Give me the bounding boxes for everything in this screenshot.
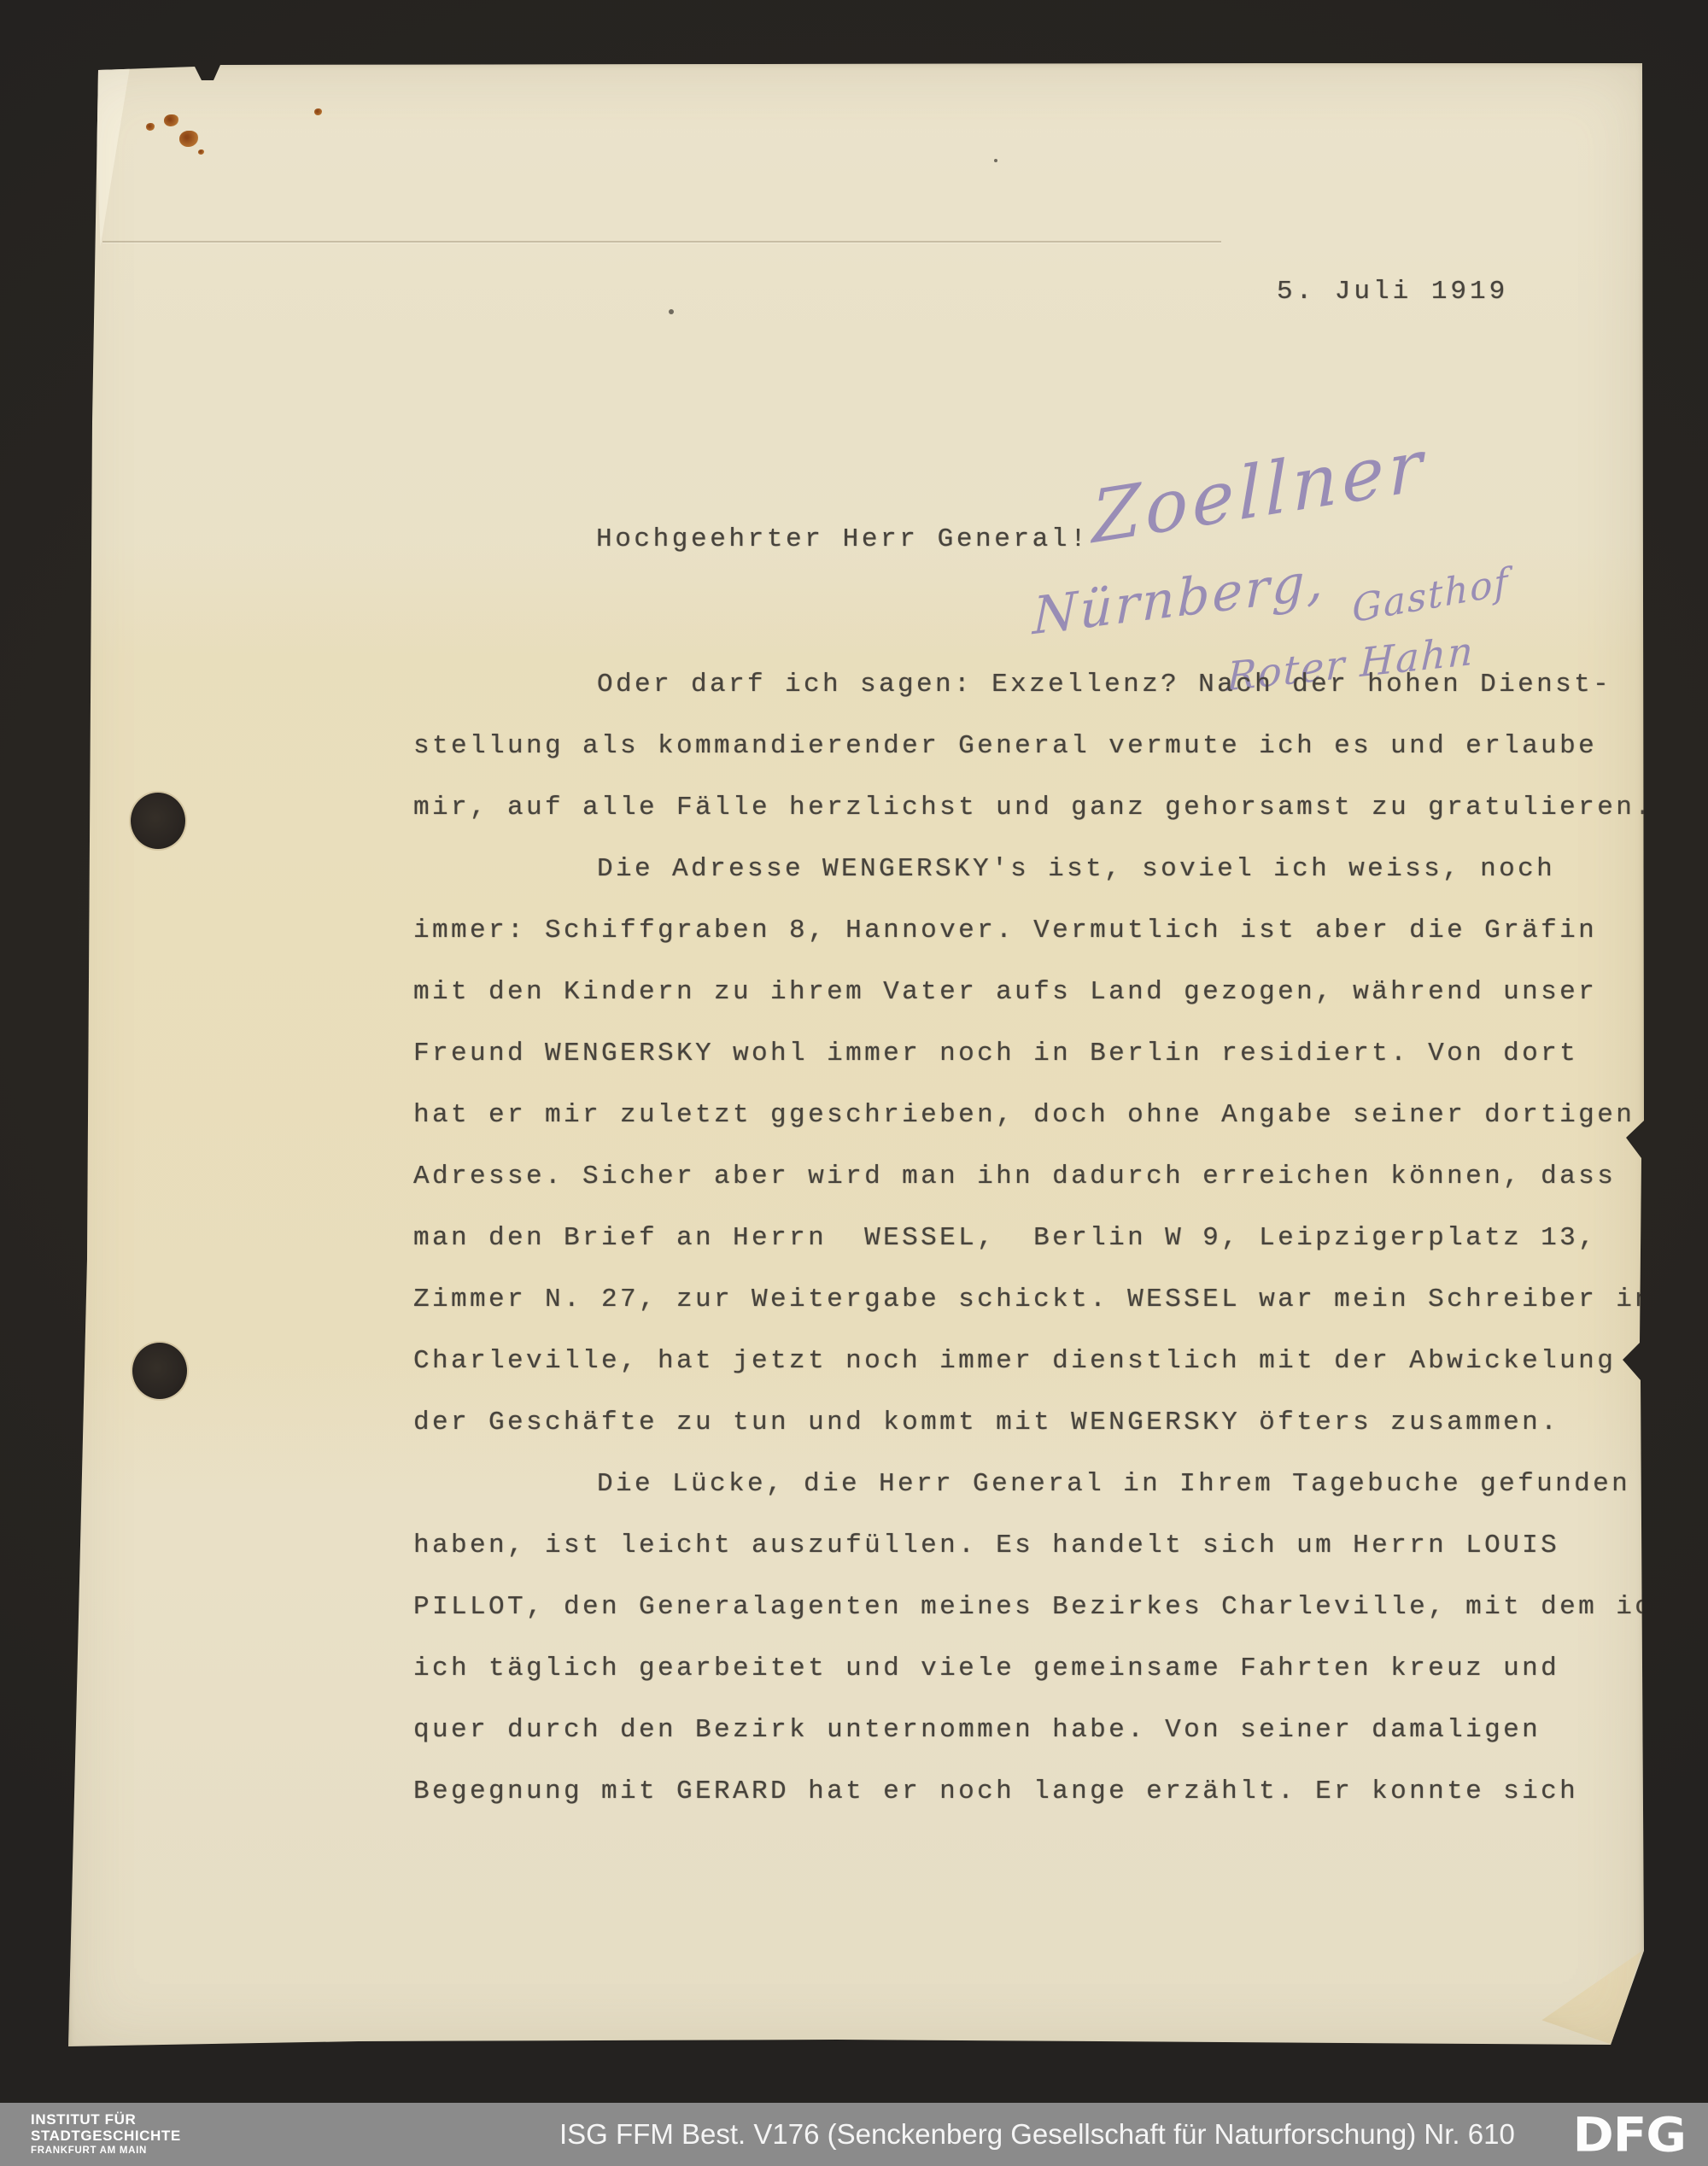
punch-hole-bottom bbox=[132, 1343, 187, 1399]
typed-line: der Geschäfte zu tun und kommt mit WENGE… bbox=[413, 1392, 1644, 1454]
typed-line: hat er mir zuletzt ggeschrieben, doch oh… bbox=[413, 1085, 1644, 1146]
punch-hole-top bbox=[131, 793, 185, 849]
crease-line bbox=[102, 241, 1221, 243]
typed-line: Adresse. Sicher aber wird man ihn dadurc… bbox=[413, 1146, 1644, 1208]
handwritten-annotation-name: Zoellner bbox=[1091, 423, 1427, 560]
ink-speck bbox=[994, 159, 997, 162]
rust-stain bbox=[164, 114, 178, 126]
institute-logo-line3: FRANKFURT AM MAIN bbox=[31, 2144, 181, 2157]
typed-line: quer durch den Bezirk unternommen habe. … bbox=[413, 1700, 1644, 1761]
rust-stain bbox=[146, 123, 155, 131]
typed-line: Oder darf ich sagen: Exzellenz? Nach der… bbox=[413, 654, 1644, 716]
typed-line: Zimmer N. 27, zur Weitergabe schickt. WE… bbox=[413, 1269, 1644, 1331]
typed-line: Die Lücke, die Herr General in Ihrem Tag… bbox=[413, 1454, 1644, 1515]
rust-stain bbox=[314, 108, 322, 115]
rust-stain bbox=[198, 149, 204, 155]
institute-logo: INSTITUT FÜR STADTGESCHICHTE FRANKFURT A… bbox=[31, 2111, 181, 2157]
handwritten-annotation-city: Nürnberg, bbox=[1032, 551, 1326, 647]
ink-speck bbox=[669, 309, 674, 314]
typed-line: immer: Schiffgraben 8, Hannover. Vermutl… bbox=[413, 900, 1644, 962]
document-page: 5. Juli 1919 Hochgeehrter Herr General! … bbox=[68, 63, 1644, 2050]
typed-line: Die Adresse WENGERSKY's ist, soviel ich … bbox=[413, 839, 1644, 900]
letter-salutation: Hochgeehrter Herr General! bbox=[596, 524, 1089, 554]
typed-line: Charleville, hat jetzt noch immer dienst… bbox=[413, 1331, 1644, 1392]
rust-stain bbox=[179, 131, 198, 147]
institute-logo-line2: STADTGESCHICHTE bbox=[31, 2128, 181, 2144]
letter-body: Oder darf ich sagen: Exzellenz? Nach der… bbox=[413, 654, 1644, 1823]
typed-line: PILLOT, den Generalagenten meines Bezirk… bbox=[413, 1577, 1644, 1638]
dog-ear-fold bbox=[1530, 1941, 1644, 2048]
typed-line: man den Brief an Herrn WESSEL, Berlin W … bbox=[413, 1208, 1644, 1269]
institute-logo-line1: INSTITUT FÜR bbox=[31, 2111, 181, 2128]
typed-line: mir, auf alle Fälle herzlichst und ganz … bbox=[413, 777, 1644, 839]
dfg-logo: DFG bbox=[1573, 2105, 1686, 2166]
letter-date: 5. Juli 1919 bbox=[1277, 277, 1508, 307]
typed-line: mit den Kindern zu ihrem Vater aufs Land… bbox=[413, 962, 1644, 1023]
typed-line: Freund WENGERSKY wohl immer noch in Berl… bbox=[413, 1023, 1644, 1085]
archive-caption: ISG FFM Best. V176 (Senckenberg Gesellsc… bbox=[559, 2103, 1515, 2166]
typed-line: haben, ist leicht auszufüllen. Es handel… bbox=[413, 1515, 1644, 1577]
typed-line: Begegnung mit GERARD hat er noch lange e… bbox=[413, 1761, 1644, 1823]
typed-line: stellung als kommandierender General ver… bbox=[413, 716, 1644, 777]
top-left-corner-crease bbox=[94, 67, 130, 247]
footer-bar: INSTITUT FÜR STADTGESCHICHTE FRANKFURT A… bbox=[0, 2103, 1708, 2166]
handwritten-annotation-gasthof: Gasthof bbox=[1352, 560, 1511, 632]
typed-line: ich täglich gearbeitet und viele gemeins… bbox=[413, 1638, 1644, 1700]
